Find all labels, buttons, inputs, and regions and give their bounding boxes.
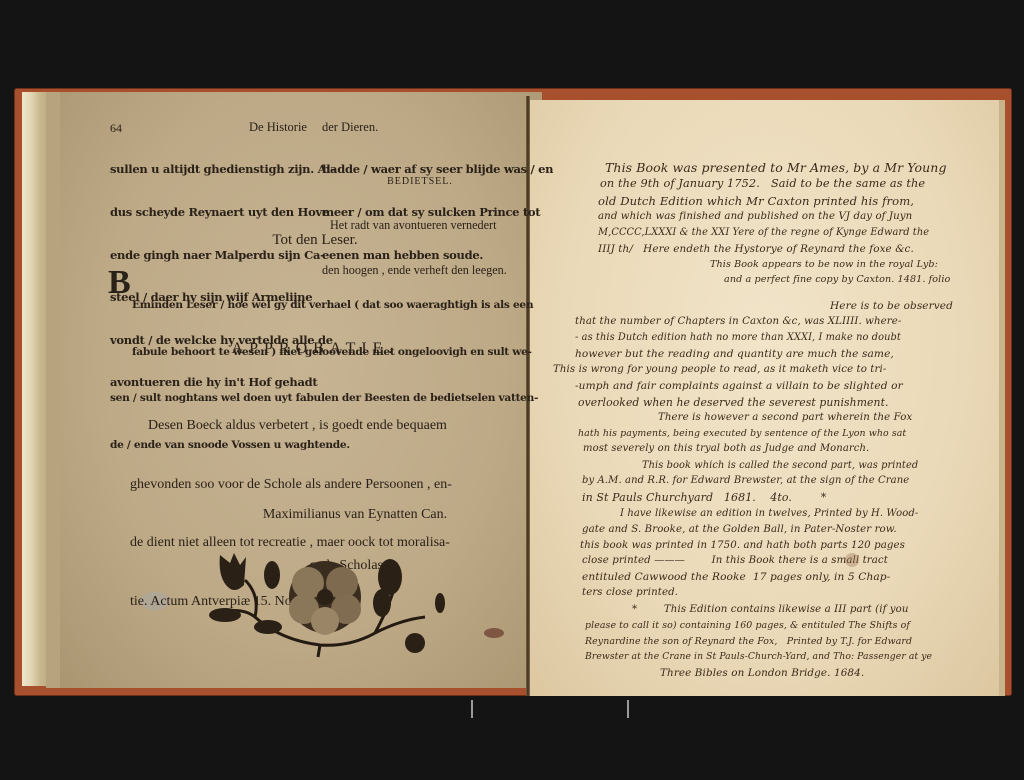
note-line: - as this Dutch edition hath no more tha… xyxy=(575,332,901,343)
approbatie-title: APPROBATIE. xyxy=(100,340,530,358)
note-line: most severely on this tryal both as Judg… xyxy=(583,443,869,454)
note-line: Brewster at the Crane in St Pauls-Church… xyxy=(585,651,932,662)
note-line: old Dutch Edition which Mr Caxton printe… xyxy=(598,194,914,208)
bedietsel-heading: BEDIETSEL. xyxy=(322,176,518,187)
woodcut-rose-ornament-icon xyxy=(200,545,450,660)
bookmark-tab xyxy=(627,700,629,718)
text-line: Het radt van avontueren vernedert xyxy=(322,218,507,233)
note-line: This book which is called the second par… xyxy=(642,460,918,471)
note-line: in St Pauls Churchyard 1681. 4to. * xyxy=(582,491,826,504)
note-line: that the number of Chapters in Caxton &c… xyxy=(575,316,901,327)
text-line: Desen Boeck aldus verbetert , is goedt e… xyxy=(130,416,452,436)
note-line: I have likewise an edition in twelves, P… xyxy=(620,508,918,519)
text-line: hadde / waer af sy seer blijde was / en xyxy=(322,162,553,176)
running-head-right: der Dieren. xyxy=(322,120,378,135)
note-line: -umph and fair complaints against a vill… xyxy=(575,380,903,392)
note-line: this book was printed in 1750. and hath … xyxy=(580,540,905,551)
note-line: however but the reading and quantity are… xyxy=(575,348,894,360)
text-line: sullen u altijdt ghedienstigh zijn. Al- xyxy=(110,162,335,176)
text-line: dus scheyde Reynaert uyt den Hove xyxy=(110,205,335,219)
note-line: This is wrong for young people to read, … xyxy=(553,364,886,375)
note-line: Three Bibles on London Bridge. 1684. xyxy=(660,667,864,679)
text-line: Maximilianus van Eynatten Can. xyxy=(220,506,490,523)
bookmark-tab xyxy=(471,700,473,718)
note-line: please to call it so) containing 160 pag… xyxy=(585,620,910,631)
running-head-left: De Historie xyxy=(249,120,307,135)
note-line: overlooked when he deserved the severest… xyxy=(578,396,889,409)
note-line: by A.M. and R.R. for Edward Brewster, at… xyxy=(582,475,909,486)
paper-stain xyxy=(484,628,504,638)
note-line: IIIJ th/ Here endeth the Hystorye of Rey… xyxy=(598,243,914,255)
text-line: Eminden Leser / hoe wel gy dit verhael (… xyxy=(110,298,538,314)
text-line: ende gingh naer Malperdu sijn Ca- xyxy=(110,248,335,262)
note-line: There is however a second part wherein t… xyxy=(658,412,912,423)
note-line: * This Edition contains likewise a III p… xyxy=(632,604,909,615)
note-line: This Book was presented to Mr Ames, by a… xyxy=(605,160,947,175)
note-line: Here is to be observed xyxy=(830,300,953,312)
note-line: This Book appears to be now in the royal… xyxy=(710,259,938,270)
note-line: gate and S. Brooke, at the Golden Ball, … xyxy=(582,524,897,535)
ink-stain xyxy=(845,553,859,567)
note-line: M,CCCC,LXXXI & the XXI Yere of the regne… xyxy=(598,227,929,238)
note-line: and which was finished and published on … xyxy=(598,211,912,222)
note-line: close printed ——— In this Book there is … xyxy=(582,555,888,566)
note-line: entituled Cawwood the Rooke 17 pages onl… xyxy=(582,571,890,583)
note-line: ters close printed. xyxy=(582,587,678,598)
note-line: Reynardine the son of Reynard the Fox, P… xyxy=(585,636,912,647)
note-line: on the 9th of January 1752. Said to be t… xyxy=(600,177,925,190)
section-heading: Tot den Leser. xyxy=(100,232,530,249)
note-line: and a perfect fine copy by Caxton. 1481.… xyxy=(724,274,950,285)
note-line: hath his payments, being executed by sen… xyxy=(578,428,906,439)
